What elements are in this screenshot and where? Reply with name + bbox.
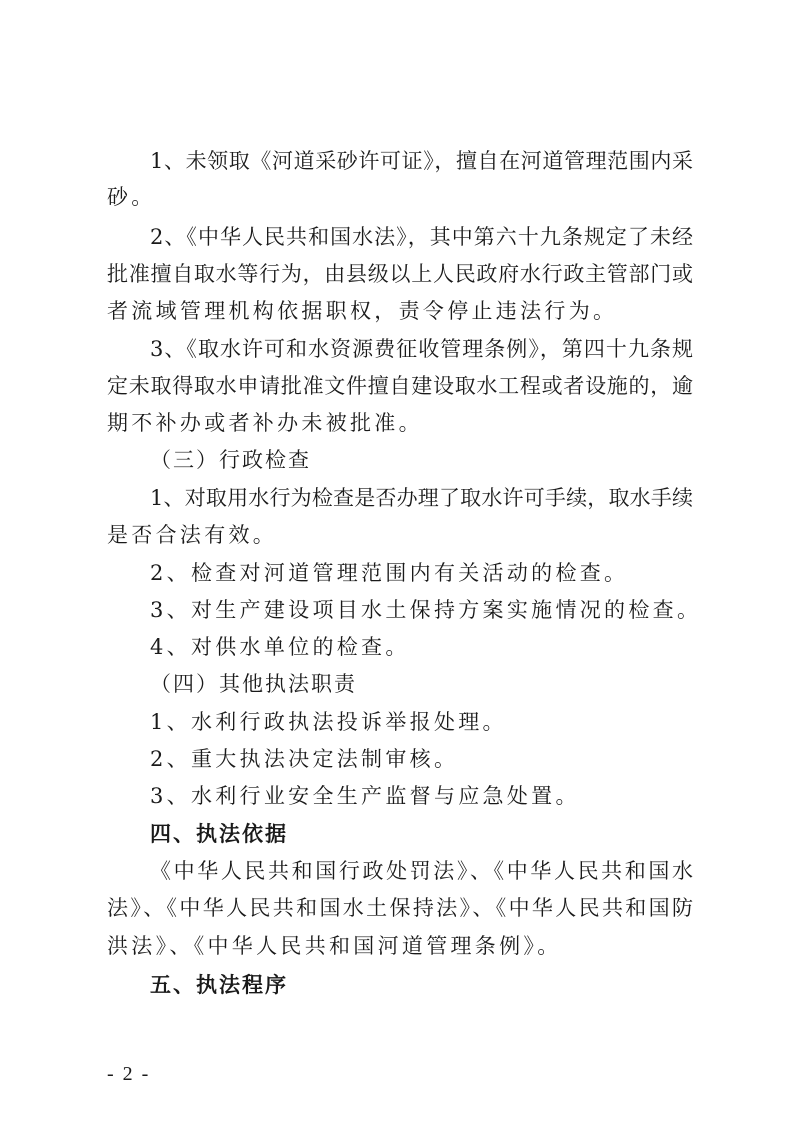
section-heading: 五、执法程序 — [150, 972, 693, 998]
paragraph-line: 砂。 — [107, 184, 693, 210]
paragraph-line: 法》、《中华人民共和国水土保持法》、《中华人民共和国防 — [107, 895, 693, 921]
page-number: - 2 - — [107, 1063, 150, 1086]
paragraph-line: 1、水利行政执法投诉举报处理。 — [150, 709, 693, 735]
subsection-heading: （四）其他执法职责 — [150, 671, 693, 697]
paragraph-line: 2、《中华人民共和国水法》，其中第六十九条规定了未经 — [150, 224, 693, 250]
document-page: 1、未领取《河道采砂许可证》，擅自在河道管理范围内采砂。2、《中华人民共和国水法… — [0, 0, 793, 1122]
paragraph-line: 批准擅自取水等行为，由县级以上人民政府水行政主管部门或 — [107, 261, 693, 287]
paragraph-line: 1、未领取《河道采砂许可证》，擅自在河道管理范围内采 — [150, 148, 693, 174]
paragraph-line: 2、重大执法决定法制审核。 — [150, 746, 693, 772]
paragraph-line: 期不补办或者补办未被批准。 — [107, 410, 693, 436]
paragraph-line: 2、检查对河道管理范围内有关活动的检查。 — [150, 560, 693, 586]
paragraph-line: 3、《取水许可和水资源费征收管理条例》，第四十九条规 — [150, 336, 693, 362]
paragraph-line: 洪法》、《中华人民共和国河道管理条例》。 — [107, 933, 693, 959]
paragraph-line: 1、对取用水行为检查是否办理了取水许可手续，取水手续 — [150, 485, 693, 511]
paragraph-line: 定未取得取水申请批准文件擅自建设取水工程或者设施的，逾 — [107, 373, 693, 399]
subsection-heading: （三）行政检查 — [150, 447, 693, 473]
paragraph-line: 者流域管理机构依据职权，责令停止违法行为。 — [107, 298, 693, 324]
paragraph-line: 是否合法有效。 — [107, 522, 693, 548]
section-heading: 四、执法依据 — [150, 821, 693, 847]
paragraph-line: 3、水利行业安全生产监督与应急处置。 — [150, 783, 693, 809]
paragraph-line: 《中华人民共和国行政处罚法》、《中华人民共和国水 — [150, 858, 693, 884]
paragraph-line: 4、对供水单位的检查。 — [150, 634, 693, 660]
paragraph-line: 3、对生产建设项目水土保持方案实施情况的检查。 — [150, 597, 693, 623]
